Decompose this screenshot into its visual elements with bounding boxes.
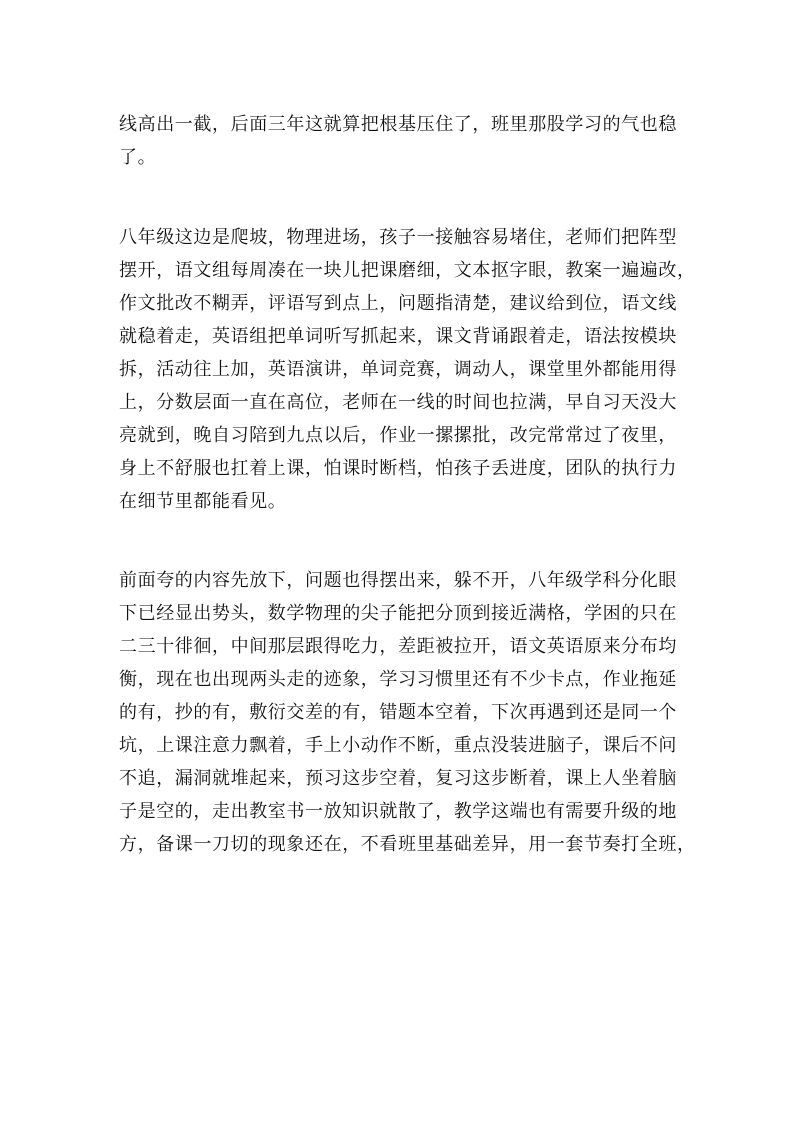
paragraph-1: 线高出一截，后面三年这就算把根基压住了，班里那股学习的气也稳 了。 [119, 108, 679, 174]
text-line: 下已经显出势头，数学物理的尖子能把分顶到接近满格，学困的只在 [119, 597, 679, 630]
text-line: 身上不舒服也扛着上课，怕课时断档，怕孩子丢进度，团队的执行力 [119, 452, 679, 485]
paragraph-spacer [119, 174, 679, 221]
text-line: 线高出一截，后面三年这就算把根基压住了，班里那股学习的气也稳 [119, 108, 679, 141]
text-line: 的有，抄的有，敷衍交差的有，错题本空着，下次再遇到还是同一个 [119, 696, 679, 729]
text-line: 摆开，语文组每周凑在一块儿把课磨细，文本抠字眼，教案一遍遍改， [119, 254, 679, 287]
text-line: 前面夸的内容先放下，问题也得摆出来，躲不开，八年级学科分化眼 [119, 564, 679, 597]
text-line: 方，备课一刀切的现象还在，不看班里基础差异，用一套节奏打全班， [119, 828, 679, 861]
text-line: 就稳着走，英语组把单词听写抓起来，课文背诵跟着走，语法按模块 [119, 320, 679, 353]
text-line: 二三十徘徊，中间那层跟得吃力，差距被拉开，语文英语原来分布均 [119, 630, 679, 663]
paragraph-3: 前面夸的内容先放下，问题也得摆出来，躲不开，八年级学科分化眼 下已经显出势头，数… [119, 564, 679, 861]
text-line: 八年级这边是爬坡，物理进场，孩子一接触容易堵住，老师们把阵型 [119, 221, 679, 254]
text-line: 亮就到，晚自习陪到九点以后，作业一摞摞批，改完常常过了夜里， [119, 419, 679, 452]
text-line: 拆，活动往上加，英语演讲，单词竞赛，调动人，课堂里外都能用得 [119, 353, 679, 386]
paragraph-2: 八年级这边是爬坡，物理进场，孩子一接触容易堵住，老师们把阵型 摆开，语文组每周凑… [119, 221, 679, 518]
paragraph-spacer [119, 518, 679, 564]
document-page: 线高出一截，后面三年这就算把根基压住了，班里那股学习的气也稳 了。 八年级这边是… [119, 108, 679, 861]
text-line: 衡，现在也出现两头走的迹象，学习习惯里还有不少卡点，作业拖延 [119, 663, 679, 696]
text-line: 了。 [119, 141, 679, 174]
text-line: 上，分数层面一直在高位，老师在一线的时间也拉满，早自习天没大 [119, 386, 679, 419]
text-line: 坑，上课注意力飘着，手上小动作不断，重点没装进脑子，课后不问 [119, 729, 679, 762]
text-line: 不追，漏洞就堆起来，预习这步空着，复习这步断着，课上人坐着脑 [119, 762, 679, 795]
text-line: 在细节里都能看见。 [119, 485, 679, 518]
text-line: 子是空的，走出教室书一放知识就散了，教学这端也有需要升级的地 [119, 795, 679, 828]
text-line: 作文批改不糊弄，评语写到点上，问题指清楚，建议给到位，语文线 [119, 287, 679, 320]
